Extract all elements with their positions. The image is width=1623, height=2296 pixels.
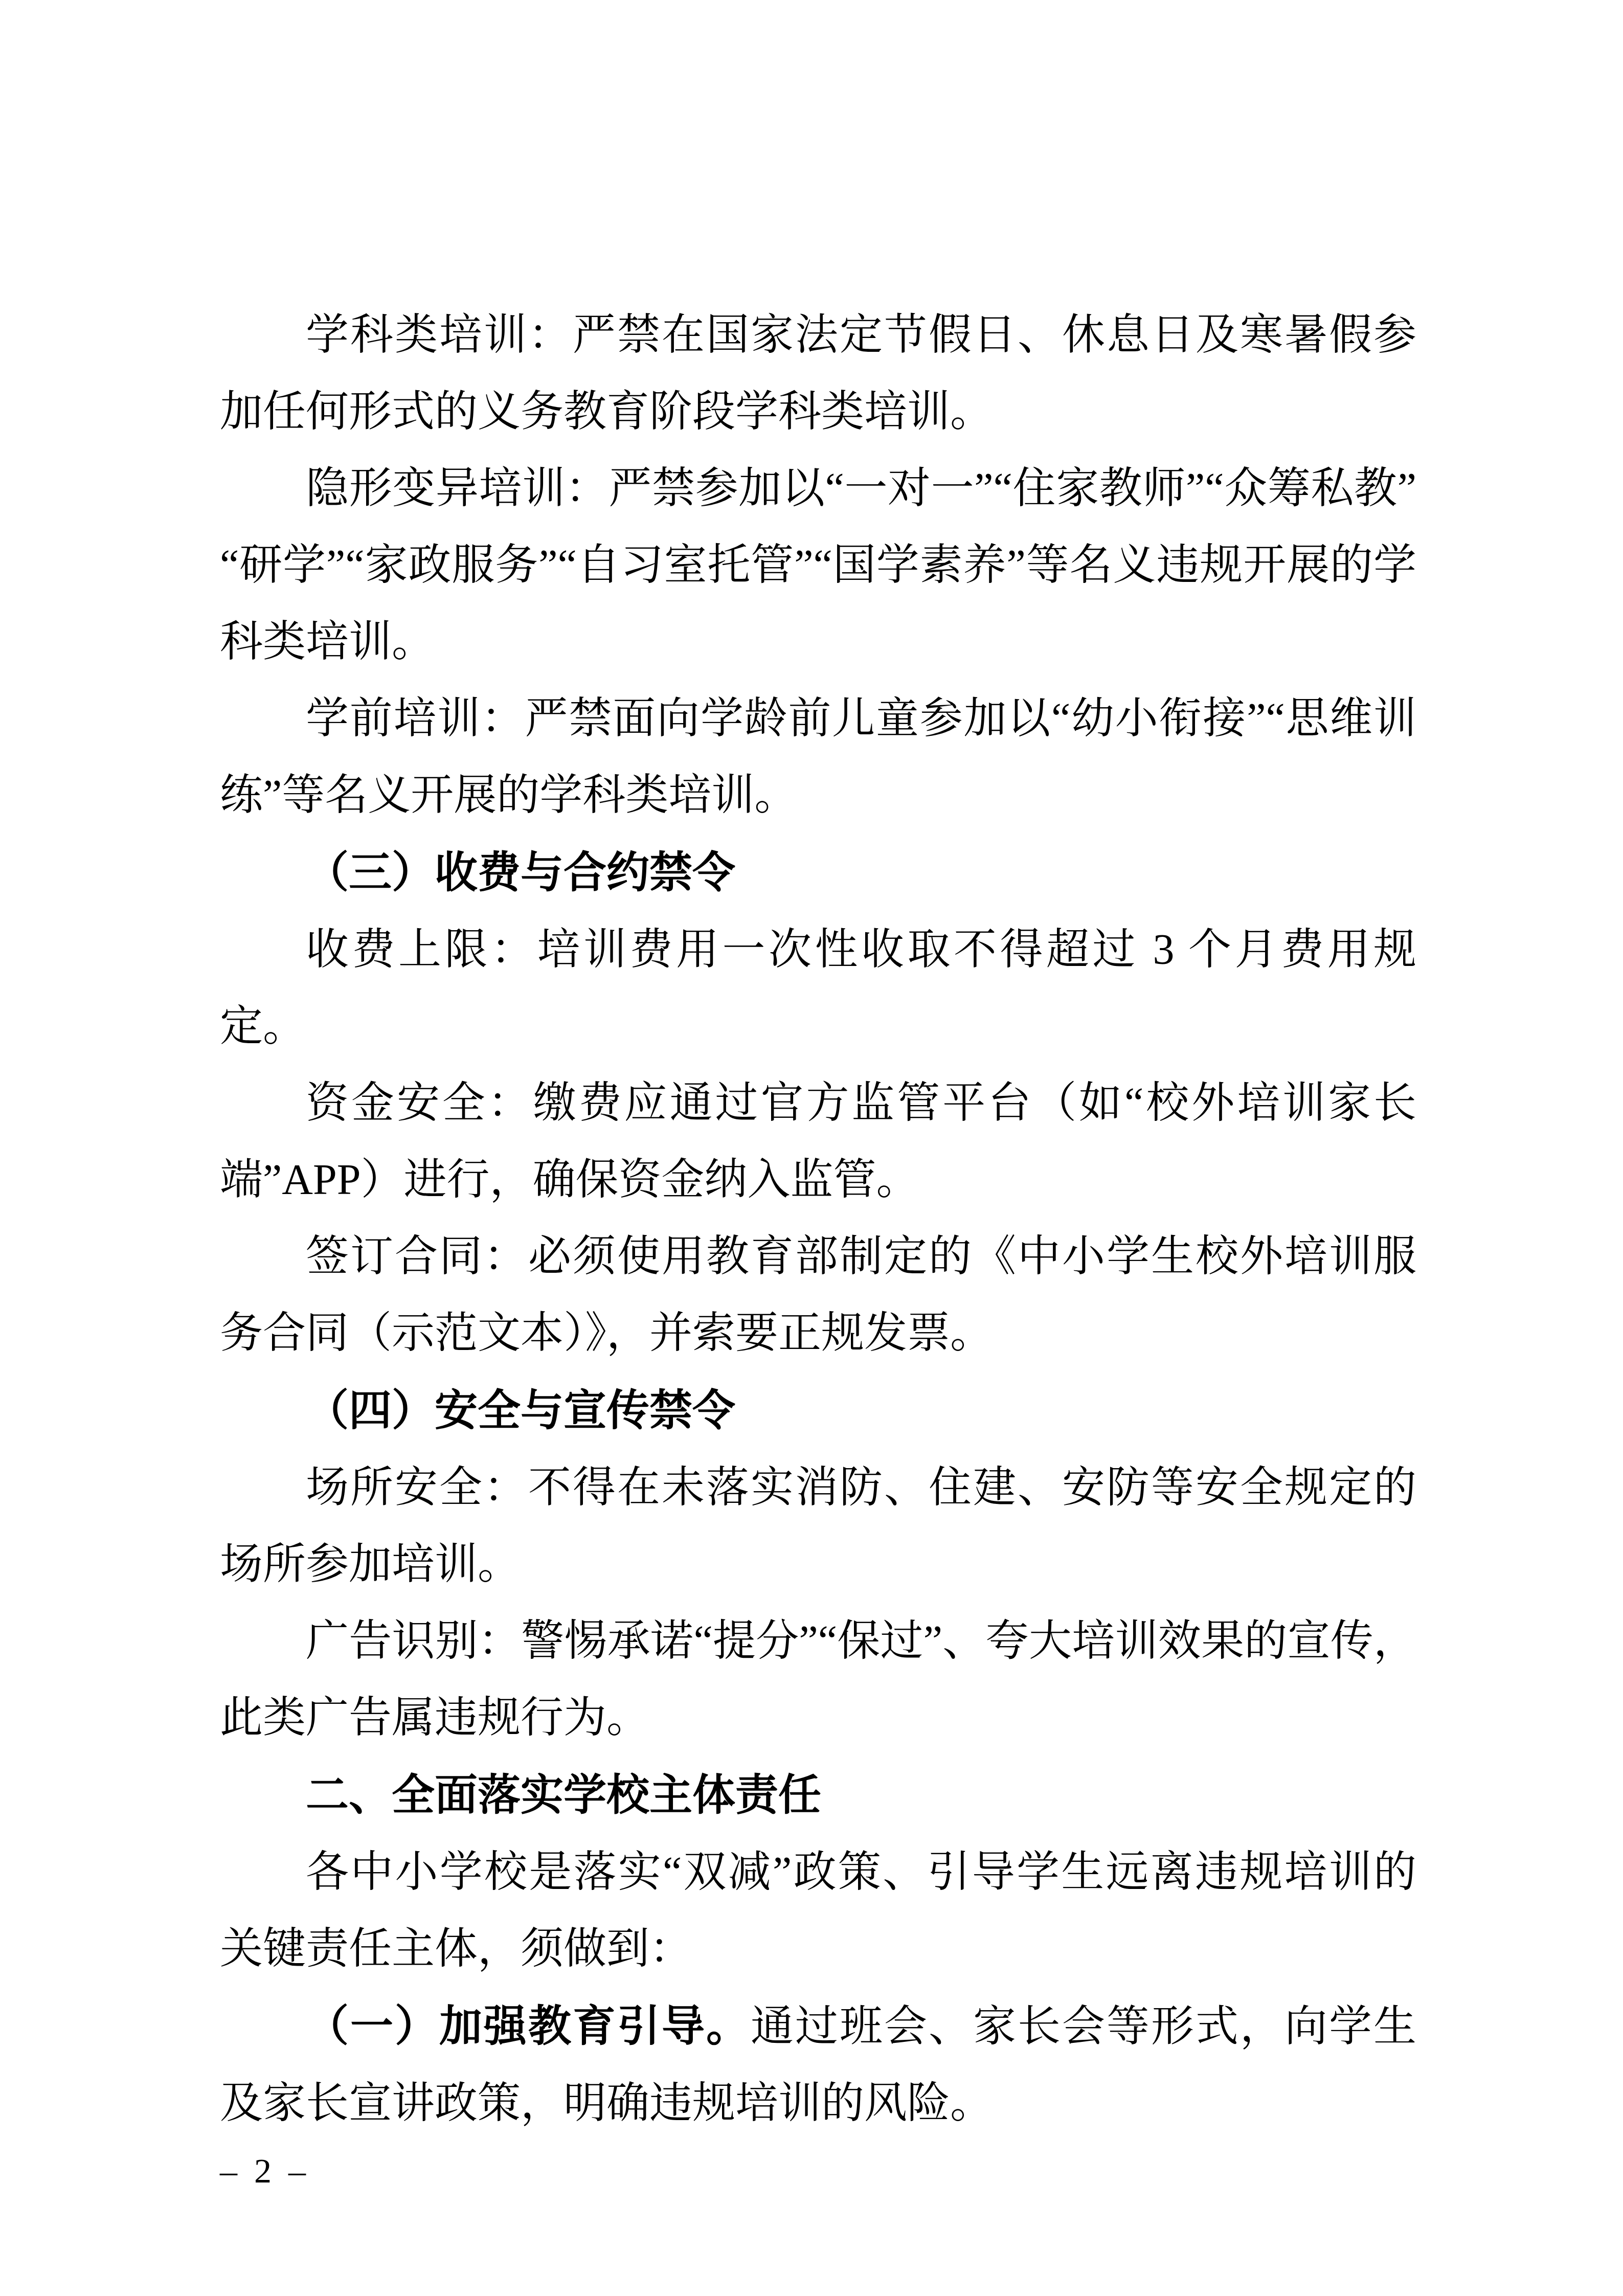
para-fund-safety: 资金安全：缴费应通过官方监管平台（如“校外培训家长端”APP）进行，确保资金纳入… xyxy=(220,1065,1416,1219)
heading-part-2-heading: 二、全面落实学校主体责任 xyxy=(220,1757,1416,1834)
para-school-responsibility: 各中小学校是落实“双减”政策、引导学生远离违规培训的关键责任主体，须做到： xyxy=(220,1834,1416,1988)
para-fee-cap: 收费上限：培训费用一次性收取不得超过 3 个月费用规定。 xyxy=(220,912,1416,1065)
text-run: （一）加强教育引导。 xyxy=(306,2002,751,2050)
text-run: 场所安全：不得在未落实消防、住建、安防等安全规定的场所参加培训。 xyxy=(220,1464,1416,1588)
text-run: 二、全面落实学校主体责任 xyxy=(306,1771,821,1819)
para-subject-training: 学科类培训：严禁在国家法定节假日、休息日及寒暑假参加任何形式的义务教育阶段学科类… xyxy=(220,297,1416,451)
document-page: 学科类培训：严禁在国家法定节假日、休息日及寒暑假参加任何形式的义务教育阶段学科类… xyxy=(0,0,1623,2296)
text-run: （三）收费与合约禁令 xyxy=(306,848,735,896)
document-content: 学科类培训：严禁在国家法定节假日、休息日及寒暑假参加任何形式的义务教育阶段学科类… xyxy=(220,297,1416,2142)
text-run: 收费上限：培训费用一次性收取不得超过 3 个月费用规定。 xyxy=(220,926,1416,1050)
para-strengthen-guidance: （一）加强教育引导。通过班会、家长会等形式，向学生及家长宣讲政策，明确违规培训的… xyxy=(220,1988,1416,2142)
text-run: 签订合同：必须使用教育部制定的《中小学生校外培训服务合同（示范文本）》，并索要正… xyxy=(220,1233,1416,1357)
text-run: 广告识别：警惕承诺“提分”“保过”、夸大培训效果的宣传，此类广告属违规行为。 xyxy=(220,1617,1416,1742)
text-run: 各中小学校是落实“双减”政策、引导学生远离违规培训的关键责任主体，须做到： xyxy=(220,1849,1416,1973)
text-run: 学科类培训：严禁在国家法定节假日、休息日及寒暑假参加任何形式的义务教育阶段学科类… xyxy=(220,311,1416,436)
page-footer: – 2 – xyxy=(220,2148,310,2194)
text-run: 学前培训：严禁面向学龄前儿童参加以“幼小衔接”“思维训练”等名义开展的学科类培训… xyxy=(220,695,1416,819)
text-run: 隐形变异培训：严禁参加以“一对一”“住家教师”“众筹私教”“研学”“家政服务”“… xyxy=(220,465,1416,666)
para-preschool-training: 学前培训：严禁面向学龄前儿童参加以“幼小衔接”“思维训练”等名义开展的学科类培训… xyxy=(220,681,1416,834)
para-hidden-variant-training: 隐形变异培训：严禁参加以“一对一”“住家教师”“众筹私教”“研学”“家政服务”“… xyxy=(220,451,1416,681)
para-sign-contract: 签订合同：必须使用教育部制定的《中小学生校外培训服务合同（示范文本）》，并索要正… xyxy=(220,1219,1416,1372)
heading-section-4-heading: （四）安全与宣传禁令 xyxy=(220,1372,1416,1450)
heading-section-3-heading: （三）收费与合约禁令 xyxy=(220,834,1416,912)
text-run: 资金安全：缴费应通过官方监管平台（如“校外培训家长端”APP）进行，确保资金纳入… xyxy=(220,1079,1416,1204)
para-venue-safety: 场所安全：不得在未落实消防、住建、安防等安全规定的场所参加培训。 xyxy=(220,1450,1416,1603)
page-number: – 2 – xyxy=(220,2151,310,2190)
text-run: （四）安全与宣传禁令 xyxy=(306,1386,735,1434)
para-ad-awareness: 广告识别：警惕承诺“提分”“保过”、夸大培训效果的宣传，此类广告属违规行为。 xyxy=(220,1603,1416,1757)
